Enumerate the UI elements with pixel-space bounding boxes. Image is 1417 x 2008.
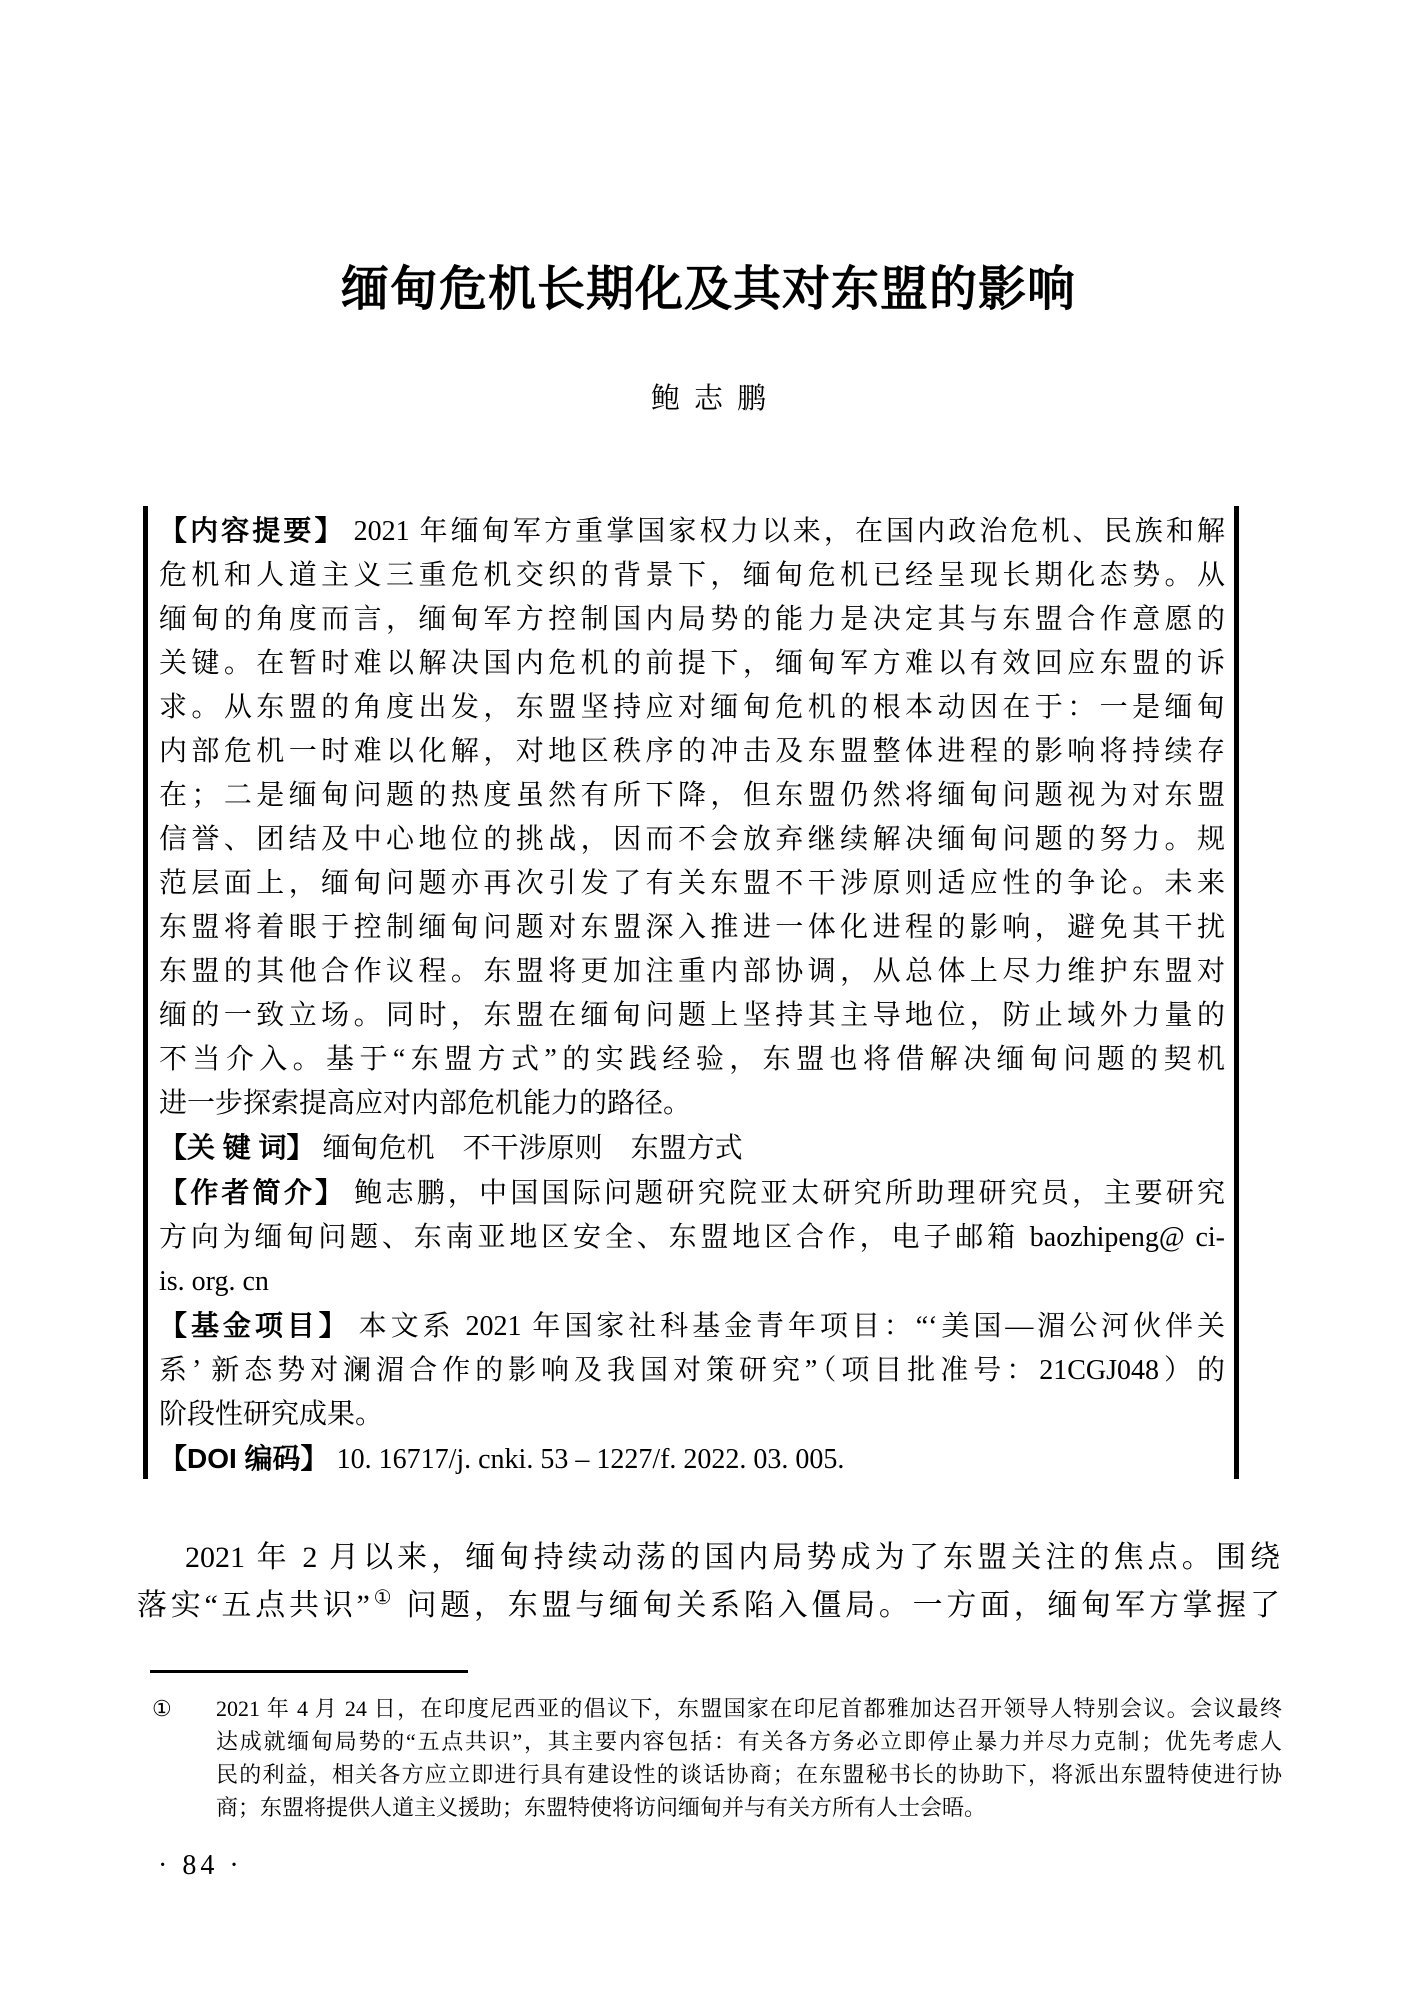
abstract-line: 缅甸的角度而言，缅甸军方控制国内局势的能力是决定其与东盟合作意愿的 xyxy=(159,598,1225,642)
abstract-line: 东盟将着眼于控制缅甸问题对东盟深入推进一体化进程的影响，避免其干扰 xyxy=(159,906,1225,950)
doi-value: 10. 16717/j. cnki. 53 – 1227/f. 2022. 03… xyxy=(337,1444,845,1475)
body-paragraph: 2021 年 2 月以来，缅甸持续动荡的国内局势成为了东盟关注的焦点。围绕 落实… xyxy=(137,1534,1280,1630)
fund-line: 阶段性研究成果。 xyxy=(159,1393,1225,1437)
footnote-reference: ① xyxy=(370,1587,395,1609)
bio-line: is. org. cn xyxy=(159,1260,1225,1304)
footnote-separator xyxy=(150,1670,468,1673)
abstract-line: 范层面上，缅甸问题亦再次引发了有关东盟不干涉原则适应性的争论。未来 xyxy=(159,862,1225,906)
bio-text: 鲍志鹏，中国国际问题研究院亚太研究所助理研究员，主要研究 xyxy=(354,1178,1225,1209)
bio-line: 【作者简介】鲍志鹏，中国国际问题研究院亚太研究所助理研究员，主要研究 xyxy=(159,1171,1225,1216)
abstract-line: 关键。在暂时难以解决国内危机的前提下，缅甸军方难以有效回应东盟的诉 xyxy=(159,642,1225,686)
doi-label: 【DOI 编码】 xyxy=(159,1443,329,1474)
fund-text: 本文系 2021 年国家社科基金青年项目：“‘美国—湄公河伙伴关 xyxy=(359,1311,1225,1342)
footnote-line: 达成就缅甸局势的“五点共识”，其主要内容包括：有关各方务必立即停止暴力并尽力克制… xyxy=(152,1725,1282,1758)
abstract-line: 东盟的其他合作议程。东盟将更加注重内部协调，从总体上尽力维护东盟对 xyxy=(159,950,1225,994)
abstract-line: 求。从东盟的角度出发，东盟坚持应对缅甸危机的根本动因在于：一是缅甸 xyxy=(159,686,1225,730)
footnote-block: ①2021 年 4 月 24 日，在印度尼西亚的倡议下，东盟国家在印尼首都雅加达… xyxy=(152,1692,1282,1824)
footnote-line: 商；东盟将提供人道主义援助；东盟特使将访问缅甸并与有关方所有人士会晤。 xyxy=(152,1791,1282,1824)
footnote-line: 民的利益，相关各方应立即进行具有建设性的谈话协商；在东盟秘书长的协助下，将派出东… xyxy=(152,1758,1282,1791)
keywords-text: 缅甸危机 不干涉原则 东盟方式 xyxy=(323,1133,743,1164)
fund-line: 系’ 新态势对澜湄合作的影响及我国对策研究”（项目批准号：21CGJ048）的 xyxy=(159,1349,1225,1393)
body-line: 落实“五点共识”① 问题，东盟与缅甸关系陷入僵局。一方面，缅甸军方掌握了 xyxy=(137,1582,1280,1630)
abstract-line: 进一步探索提高应对内部危机能力的路径。 xyxy=(159,1082,1225,1126)
doi-line: 【DOI 编码】10. 16717/j. cnki. 53 – 1227/f. … xyxy=(159,1437,1225,1482)
abstract-line: 【内容提要】2021 年缅甸军方重掌国家权力以来，在国内政治危机、民族和解 xyxy=(159,509,1225,554)
abstract-line: 信誉、团结及中心地位的挑战，因而不会放弃继续解决缅甸问题的努力。规 xyxy=(159,818,1225,862)
abstract-line: 危机和人道主义三重危机交织的背景下，缅甸危机已经呈现长期化态势。从 xyxy=(159,554,1225,598)
footnote-line: ①2021 年 4 月 24 日，在印度尼西亚的倡议下，东盟国家在印尼首都雅加达… xyxy=(152,1692,1282,1725)
abstract-line: 在；二是缅甸问题的热度虽然有所下降，但东盟仍然将缅甸问题视为对东盟 xyxy=(159,774,1225,818)
page-number: · 84 · xyxy=(158,1850,243,1882)
page-title: 缅甸危机长期化及其对东盟的影响 xyxy=(0,250,1417,319)
bio-label: 【作者简介】 xyxy=(159,1177,346,1208)
abstract-text: 2021 年缅甸军方重掌国家权力以来，在国内政治危机、民族和解 xyxy=(354,516,1225,547)
fund-label: 【基金项目】 xyxy=(159,1310,351,1341)
fund-line: 【基金项目】本文系 2021 年国家社科基金青年项目：“‘美国—湄公河伙伴关 xyxy=(159,1304,1225,1349)
author-name: 鲍志鹏 xyxy=(0,376,1417,417)
footnote-marker: ① xyxy=(152,1692,216,1725)
keywords-line: 【关 键 词】缅甸危机 不干涉原则 东盟方式 xyxy=(159,1126,1225,1171)
bio-line: 方向为缅甸问题、东南亚地区安全、东盟地区合作，电子邮箱 baozhipeng@ … xyxy=(159,1216,1225,1260)
abstract-label: 【内容提要】 xyxy=(159,515,346,546)
abstract-line: 不当介入。基于“东盟方式”的实践经验，东盟也将借解决缅甸问题的契机 xyxy=(159,1038,1225,1082)
abstract-box: 【内容提要】2021 年缅甸军方重掌国家权力以来，在国内政治危机、民族和解 危机… xyxy=(143,506,1239,1479)
abstract-line: 缅的一致立场。同时，东盟在缅甸问题上坚持其主导地位，防止域外力量的 xyxy=(159,994,1225,1038)
body-line: 2021 年 2 月以来，缅甸持续动荡的国内局势成为了东盟关注的焦点。围绕 xyxy=(137,1534,1280,1582)
abstract-line: 内部危机一时难以化解，对地区秩序的冲击及东盟整体进程的影响将持续存 xyxy=(159,730,1225,774)
keywords-label: 【关 键 词】 xyxy=(159,1132,315,1163)
document-page: 缅甸危机长期化及其对东盟的影响 鲍志鹏 【内容提要】2021 年缅甸军方重掌国家… xyxy=(0,0,1417,2008)
